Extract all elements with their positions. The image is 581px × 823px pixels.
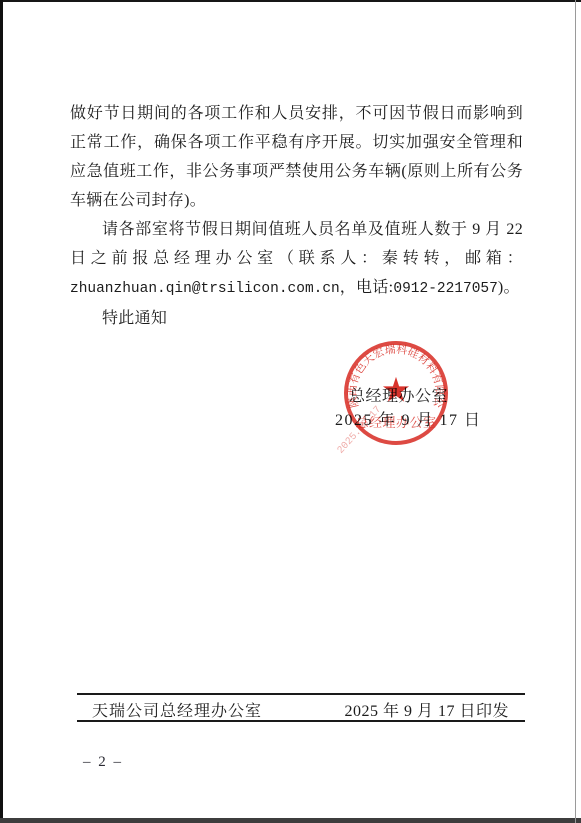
footer-rule-bottom: [77, 720, 525, 722]
scan-edge-top: [0, 0, 581, 2]
scan-edge-left: [0, 0, 3, 823]
body-paragraph-2-end: )。: [498, 279, 520, 296]
body-paragraph-2: 请各部室将节假日期间值班人员名单及值班人数于 9 月 22 日之前报总经理办公室…: [70, 215, 523, 304]
footer-issue-date: 2025 年 9 月 17 日印发: [344, 698, 509, 721]
body-paragraph-1-text: 做好节日期间的各项工作和人员安排，不可因节假日而影响到正常工作，确保各项工作平稳…: [70, 105, 523, 209]
page-number: – 2 –: [83, 754, 123, 771]
scan-edge-right: [575, 0, 576, 823]
official-seal: 陕西有色天宏瑞科硅材料有限公司 ★ 总经理办公室 2025.09.17: [344, 341, 448, 445]
scan-edge-bottom: [0, 818, 581, 823]
body-paragraph-2-lead: 请各部室将节假日期间值班人员名单及值班人数于 9 月 22 日之前报总经理办公室…: [70, 221, 523, 267]
closing-note: 特此通知: [70, 304, 523, 333]
contact-email: zhuanzhuan.qin@trsilicon.com.cn: [70, 281, 340, 297]
closing-note-text: 特此通知: [102, 310, 167, 327]
footer-rule-top: [77, 693, 525, 695]
seal-star-icon: ★: [381, 374, 411, 408]
contact-phone: 0912-2217057: [393, 281, 497, 297]
body-paragraph-2-mid: ，电话:: [340, 279, 394, 296]
document-body: 做好节日期间的各项工作和人员安排，不可因节假日而影响到正常工作，确保各项工作平稳…: [70, 99, 523, 333]
body-paragraph-1: 做好节日期间的各项工作和人员安排，不可因节假日而影响到正常工作，确保各项工作平稳…: [70, 99, 523, 215]
footer-issuer: 天瑞公司总经理办公室: [92, 698, 262, 721]
